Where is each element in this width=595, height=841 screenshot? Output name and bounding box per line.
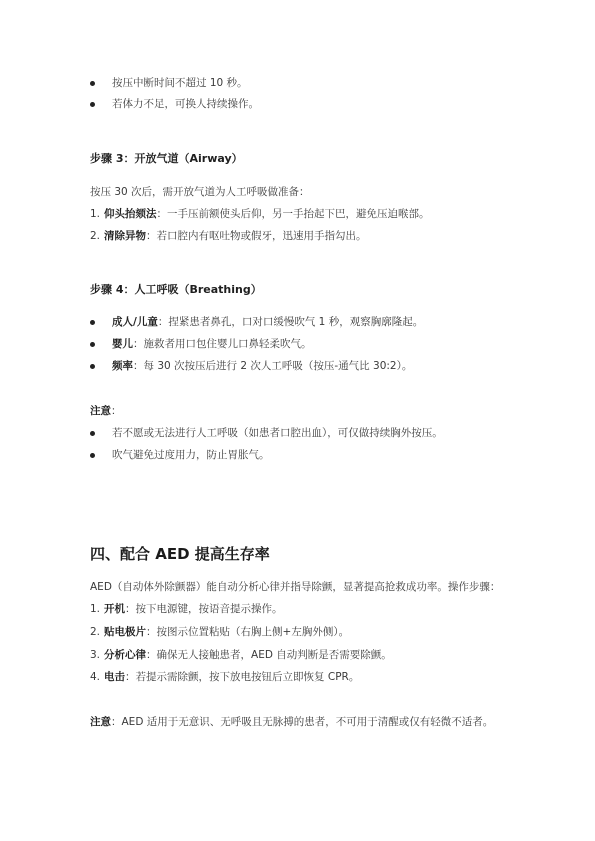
bullet-icon: [90, 342, 95, 347]
list-item-text: ：按图示位置粘贴（右胸上侧+左胸外侧）。: [146, 626, 349, 638]
list-item-label: 频率: [112, 360, 133, 372]
list-item-text: 若体力不足，可换人持续操作。: [112, 97, 259, 111]
list-item-text: ：确保无人接触患者，AED 自动判断是否需要除颤。: [146, 649, 392, 661]
list-item: 2.清除异物：若口腔内有呕吐物或假牙，迅速用手指勾出。: [90, 229, 367, 243]
list-number: 2.: [90, 229, 100, 243]
list-number: 2.: [90, 625, 100, 639]
list-item-text: ：若提示需除颤，按下放电按钮后立即恢复 CPR。: [125, 671, 359, 683]
list-item-label: 成人/儿童: [112, 316, 158, 328]
bullet-icon: [90, 453, 95, 458]
list-item: 4.电击：若提示需除颤，按下放电按钮后立即恢复 CPR。: [90, 670, 359, 684]
note-label: 注意: [90, 716, 111, 728]
list-item-text: ：一手压前额使头后仰，另一手抬起下巴，避免压迫喉部。: [157, 208, 430, 220]
bullet-icon: [90, 320, 95, 325]
aed-note: 注意：AED 适用于无意识、无呼吸且无脉搏的患者，不可用于清醒或仅有轻微不适者。: [90, 715, 493, 729]
step3-heading: 步骤 3：开放气道（Airway）: [90, 151, 243, 167]
step3-intro: 按压 30 次后，需开放气道为人工呼吸做准备：: [90, 185, 310, 199]
list-number: 1.: [90, 602, 100, 616]
list-item-text: ：每 30 次按压后进行 2 次人工呼吸（按压-通气比 30:2）。: [133, 360, 412, 372]
list-item-text: ：施救者用口包住婴儿口鼻轻柔吹气。: [133, 338, 312, 350]
note-heading: 注意：: [90, 404, 122, 418]
section-intro: AED（自动体外除颤器）能自动分析心律并指导除颤，显著提高抢救成功率。操作步骤：: [90, 580, 500, 594]
list-item-text: ：按下电源键，按语音提示操作。: [125, 603, 283, 615]
section-heading: 四、配合 AED 提高生存率: [90, 544, 270, 564]
list-item-text: 按压中断时间不超过 10 秒。: [112, 76, 248, 90]
list-item-text: ：捏紧患者鼻孔，口对口缓慢吹气 1 秒，观察胸廓隆起。: [158, 316, 423, 328]
list-item: 1.仰头抬颏法：一手压前额使头后仰，另一手抬起下巴，避免压迫喉部。: [90, 207, 430, 221]
list-item-label: 婴儿: [112, 338, 133, 350]
list-item-text: 吹气避免过度用力，防止胃胀气。: [112, 448, 270, 462]
step4-heading: 步骤 4：人工呼吸（Breathing）: [90, 282, 262, 298]
note-text: ：AED 适用于无意识、无呼吸且无脉搏的患者，不可用于清醒或仅有轻微不适者。: [111, 716, 493, 728]
list-item: 3.分析心律：确保无人接触患者，AED 自动判断是否需要除颤。: [90, 648, 392, 662]
bullet-icon: [90, 102, 95, 107]
list-item-text: 若不愿或无法进行人工呼吸（如患者口腔出血），可仅做持续胸外按压。: [112, 426, 443, 440]
list-item: 1.开机：按下电源键，按语音提示操作。: [90, 602, 283, 616]
note-colon: ：: [111, 405, 122, 417]
list-number: 4.: [90, 670, 100, 684]
list-item-text: ：若口腔内有呕吐物或假牙，迅速用手指勾出。: [146, 230, 367, 242]
list-number: 1.: [90, 207, 100, 221]
bullet-icon: [90, 81, 95, 86]
list-item: 2.贴电极片：按图示位置粘贴（右胸上侧+左胸外侧）。: [90, 625, 349, 639]
list-item-label: 电击: [104, 671, 125, 683]
document-page: 按压中断时间不超过 10 秒。 若体力不足，可换人持续操作。 步骤 3：开放气道…: [0, 0, 595, 841]
list-item-label: 清除异物: [104, 230, 146, 242]
list-item-label: 仰头抬颏法: [104, 208, 157, 220]
note-label: 注意: [90, 405, 111, 417]
list-item-label: 贴电极片: [104, 626, 146, 638]
bullet-icon: [90, 431, 95, 436]
list-item-label: 分析心律: [104, 649, 146, 661]
bullet-icon: [90, 364, 95, 369]
list-item-label: 开机: [104, 603, 125, 615]
list-number: 3.: [90, 648, 100, 662]
